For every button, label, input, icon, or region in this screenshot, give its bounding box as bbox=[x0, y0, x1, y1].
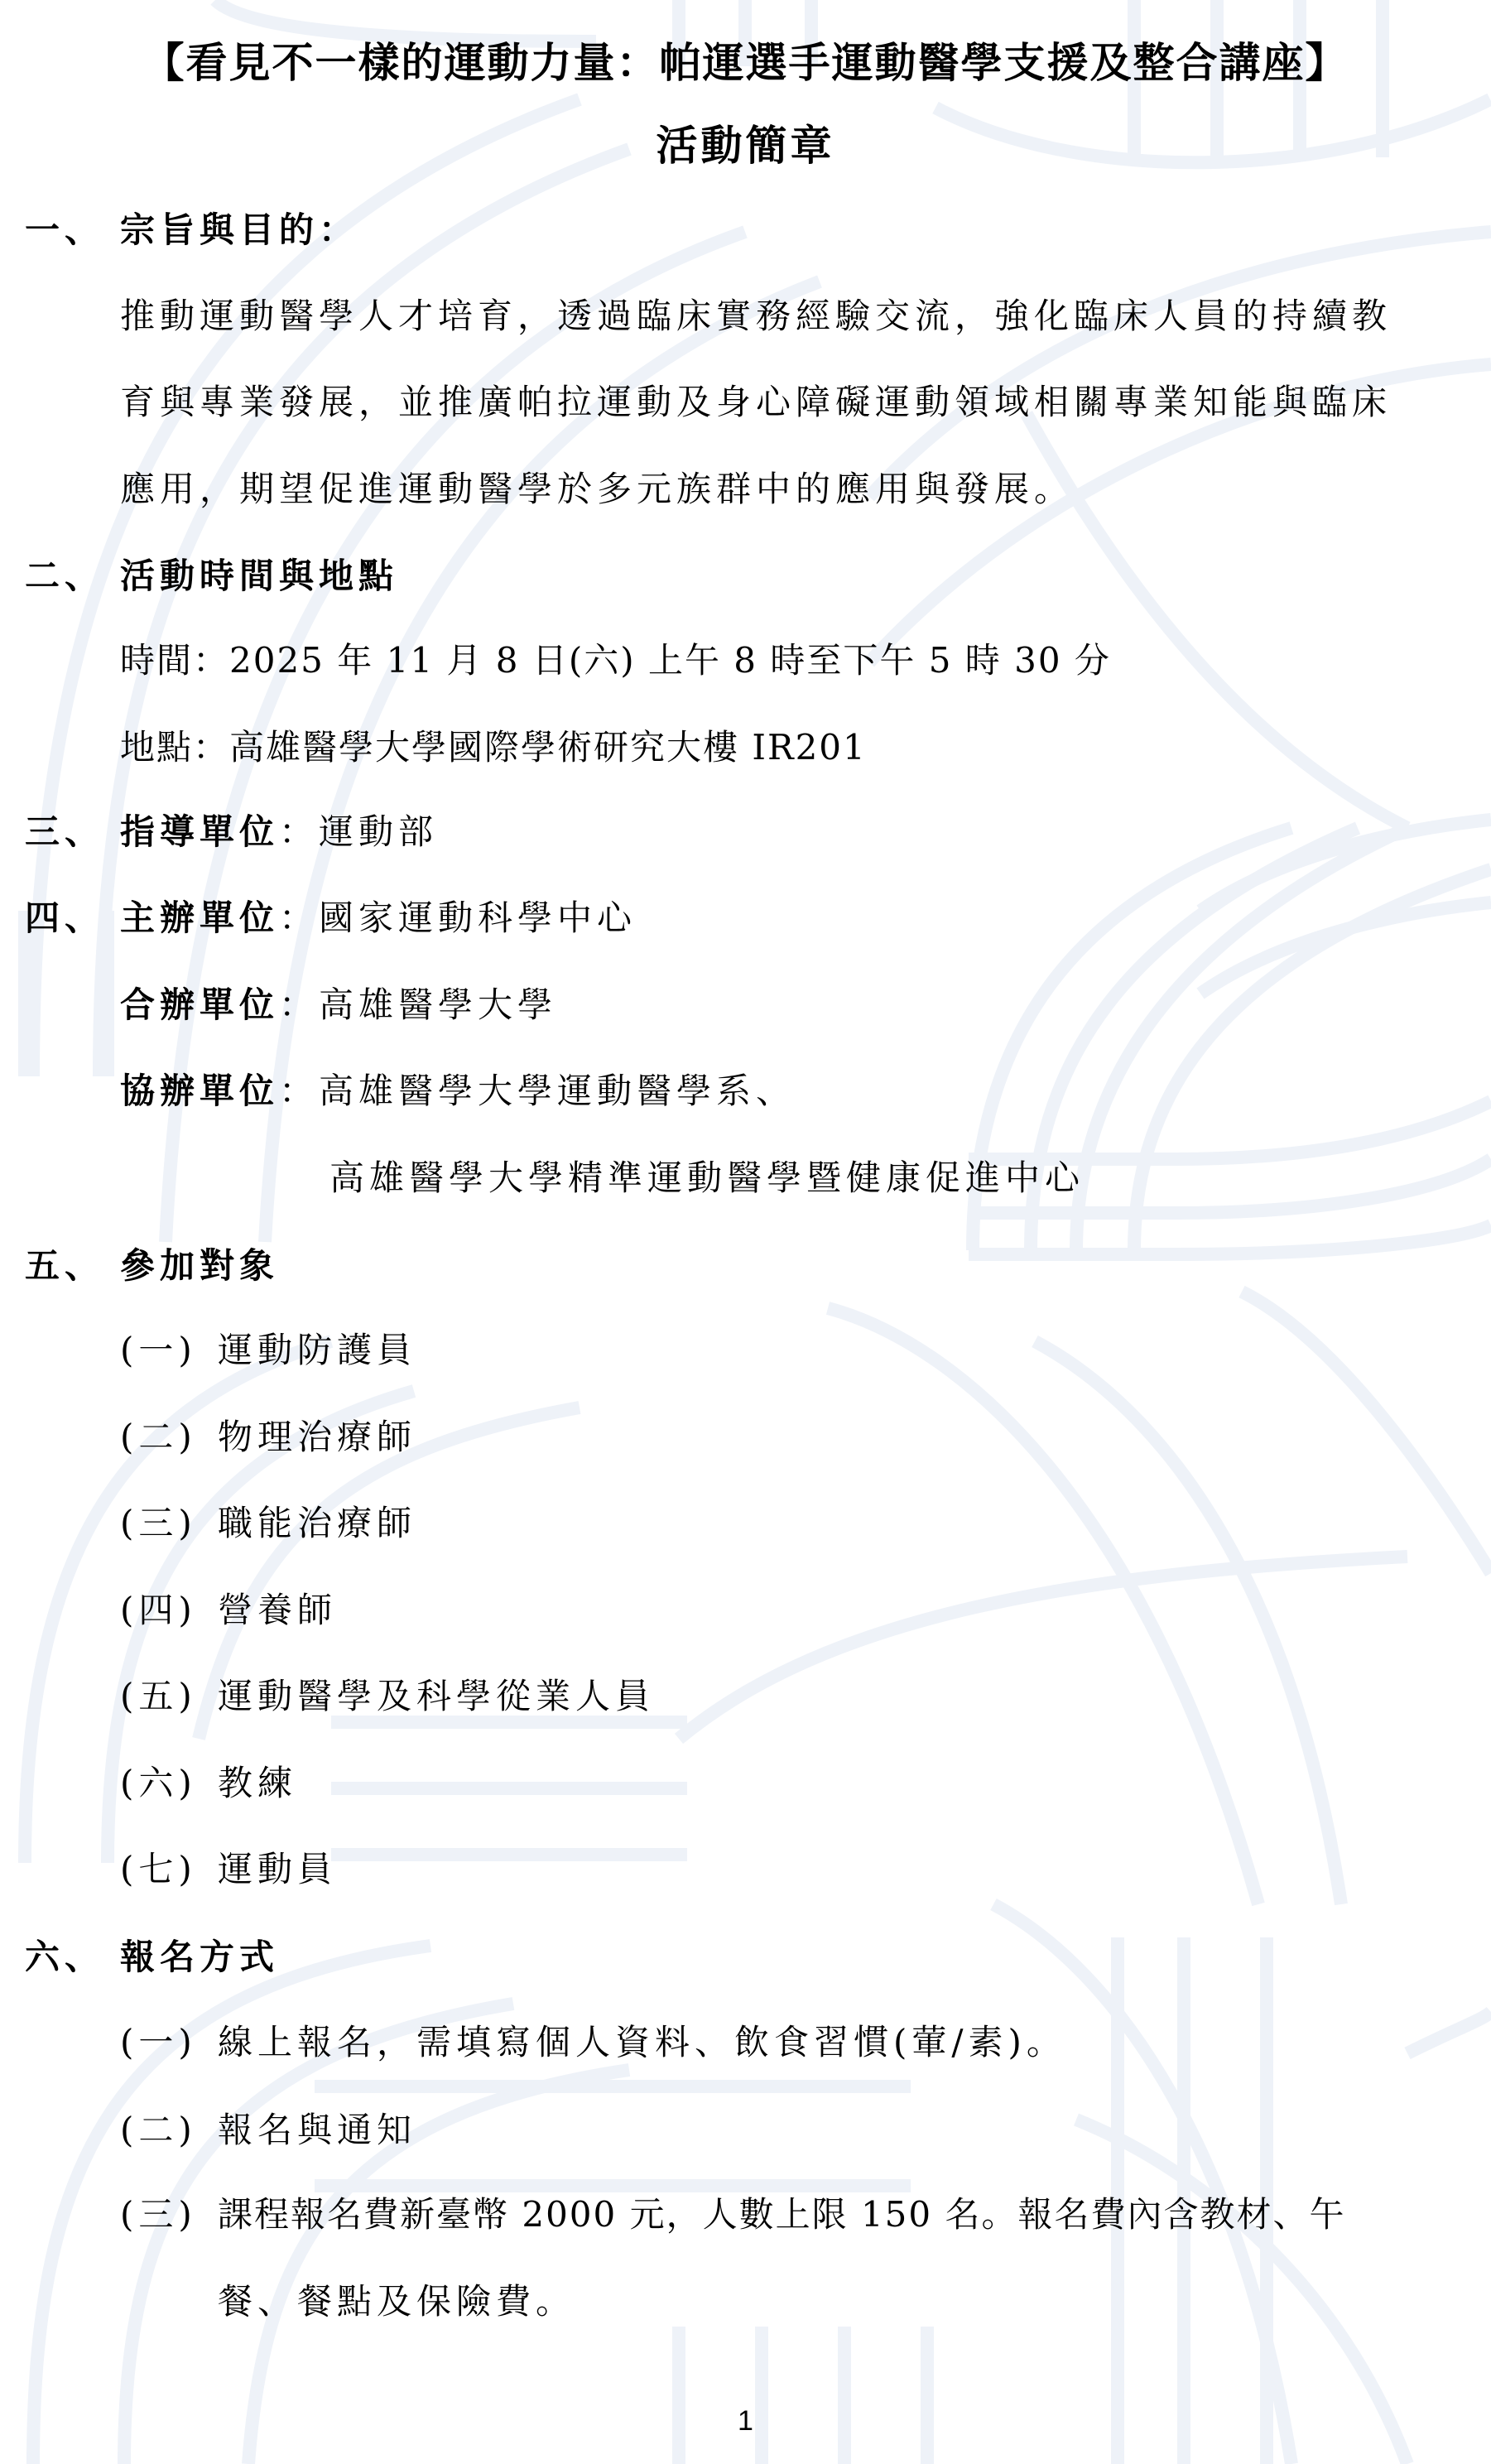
event-time: 時間：2025 年 11 月 8 日(六) 上午 8 時至下午 5 時 30 分 bbox=[120, 638, 1111, 684]
list-text-continuation: 餐、餐點及保險費。 bbox=[218, 2279, 575, 2325]
document-subtitle: 活動簡章 bbox=[0, 123, 1491, 169]
list-text: 課程報名費新臺幣 2000 元，人數上限 150 名。報名費內含教材、午 bbox=[218, 2192, 1345, 2238]
organizer-line: 主辦單位：國家運動科學中心 bbox=[120, 895, 637, 941]
paragraph-line: 推動運動醫學人才培育，透過臨床實務經驗交流，強化臨床人員的持續教 bbox=[120, 293, 1392, 339]
co-organizer-line: 合辦單位：高雄醫學大學 bbox=[120, 982, 557, 1028]
section-heading: 活動時間與地點 bbox=[120, 553, 398, 599]
list-text: 報名與通知 bbox=[218, 2107, 416, 2154]
page-number: 1 bbox=[0, 2405, 1491, 2438]
list-text: 教練 bbox=[218, 1760, 297, 1807]
section-heading: 報名方式 bbox=[120, 1934, 279, 1980]
time-label: 時間： bbox=[120, 640, 229, 681]
list-text: 運動醫學及科學從業人員 bbox=[218, 1673, 655, 1720]
section-number: 四、 bbox=[25, 895, 104, 941]
list-text: 線上報名，需填寫個人資料、飲食習慣(葷/素)。 bbox=[218, 2019, 1066, 2066]
list-text: 營養師 bbox=[218, 1587, 337, 1634]
paragraph-line: 育與專業發展，並推廣帕拉運動及身心障礙運動領域相關專業知能與臨床 bbox=[120, 379, 1392, 426]
organizer-value: ：國家運動科學中心 bbox=[279, 898, 637, 938]
event-place: 地點：高雄醫學大學國際學術研究大樓 IR201 bbox=[120, 724, 867, 771]
list-text: 職能治療師 bbox=[218, 1500, 416, 1547]
section-number: 二、 bbox=[25, 553, 104, 599]
assisting-value-2: 高雄醫學大學精準運動醫學暨健康促進中心 bbox=[329, 1155, 1085, 1201]
supervisor-line: 指導單位：運動部 bbox=[120, 809, 438, 855]
list-text: 運動員 bbox=[218, 1846, 337, 1893]
list-marker: (六) bbox=[120, 1760, 197, 1807]
section-heading: 參加對象 bbox=[120, 1243, 279, 1289]
supervisor-value: ：運動部 bbox=[279, 811, 438, 852]
co-organizer-value: ：高雄醫學大學 bbox=[279, 984, 557, 1025]
section-heading: 宗旨與目的： bbox=[120, 207, 358, 253]
document-page: 【看見不一樣的運動力量：帕運選手運動醫學支援及整合講座】 活動簡章 一、 宗旨與… bbox=[0, 0, 1491, 2464]
list-marker: (一) bbox=[120, 2019, 197, 2066]
assisting-line: 協辦單位：高雄醫學大學運動醫學系、 bbox=[120, 1068, 796, 1114]
section-number: 三、 bbox=[25, 809, 104, 855]
section-heading: 指導單位 bbox=[120, 811, 279, 852]
paragraph-line: 應用，期望促進運動醫學於多元族群中的應用與發展。 bbox=[120, 466, 1074, 513]
list-marker: (二) bbox=[120, 2107, 197, 2154]
section-heading: 主辦單位 bbox=[120, 898, 279, 938]
section-number: 六、 bbox=[25, 1934, 104, 1980]
place-value: 高雄醫學大學國際學術研究大樓 IR201 bbox=[229, 727, 867, 768]
list-marker: (五) bbox=[120, 1673, 197, 1720]
time-value: 2025 年 11 月 8 日(六) 上午 8 時至下午 5 時 30 分 bbox=[229, 640, 1111, 681]
list-marker: (四) bbox=[120, 1587, 197, 1634]
list-marker: (七) bbox=[120, 1846, 197, 1893]
list-text: 物理治療師 bbox=[218, 1414, 416, 1461]
list-marker: (三) bbox=[120, 2192, 197, 2238]
list-marker: (三) bbox=[120, 1500, 197, 1547]
section-number: 五、 bbox=[25, 1243, 104, 1289]
list-marker: (二) bbox=[120, 1414, 197, 1461]
section-number: 一、 bbox=[25, 207, 104, 253]
co-organizer-label: 合辦單位 bbox=[120, 984, 279, 1025]
list-text: 運動防護員 bbox=[218, 1327, 416, 1374]
list-marker: (一) bbox=[120, 1327, 197, 1374]
place-label: 地點： bbox=[120, 727, 229, 768]
assisting-value: ：高雄醫學大學運動醫學系、 bbox=[279, 1071, 796, 1111]
assisting-label: 協辦單位 bbox=[120, 1071, 279, 1111]
document-title: 【看見不一樣的運動力量：帕運選手運動醫學支援及整合講座】 bbox=[0, 40, 1491, 86]
